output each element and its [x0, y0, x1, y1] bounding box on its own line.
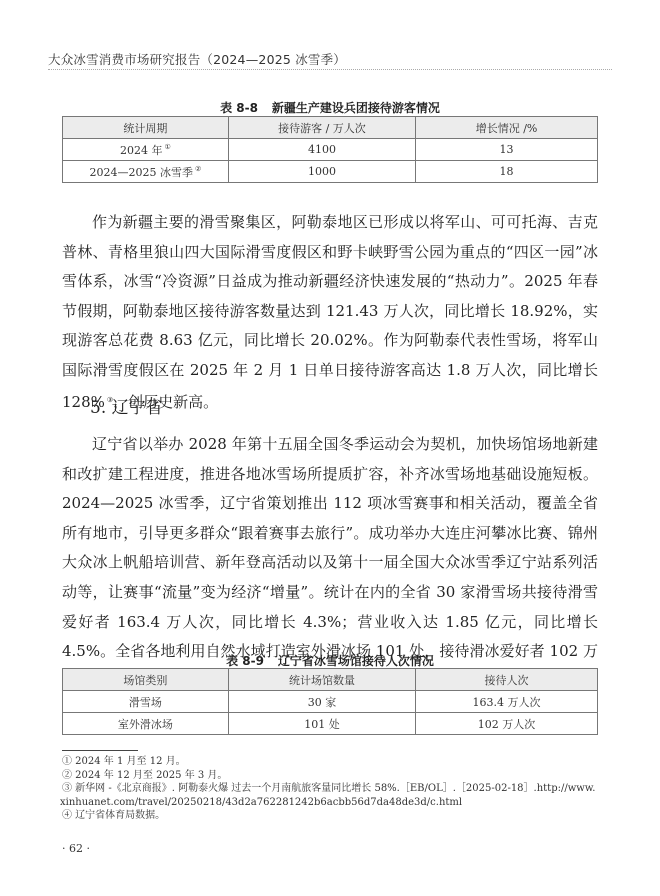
cell-growth: 18: [416, 161, 598, 183]
footnote-3-url[interactable]: xinhuanet.com/travel/20250218/43d2a76228…: [60, 796, 598, 810]
header-dotted-rule: [48, 69, 612, 70]
table-8-9: 场馆类别 统计场馆数量 接待人次 滑雪场 30 家 163.4 万人次 室外滑冰…: [62, 668, 598, 735]
cell-visitors: 1000: [228, 161, 415, 183]
table-8-8-number: 表 8-8: [220, 101, 258, 115]
table-row: 2024 年① 4100 13: [63, 139, 598, 161]
footnote-2: ② 2024 年 12 月至 2025 年 3 月。: [62, 769, 598, 783]
cell-period: 2024—2025 冰雪季②: [63, 161, 229, 183]
column-header-visits: 接待人次: [416, 669, 598, 691]
column-header-period: 统计周期: [63, 117, 229, 139]
table-8-8-caption: 表 8-8新疆生产建设兵团接待游客情况: [0, 99, 660, 116]
table-8-8-title: 新疆生产建设兵团接待游客情况: [272, 101, 440, 115]
cell-period: 2024 年①: [63, 139, 229, 161]
footnote-4: ④ 辽宁省体育局数据。: [62, 809, 598, 823]
cell-visits: 163.4 万人次: [416, 691, 598, 713]
cell-growth: 13: [416, 139, 598, 161]
cell-count: 101 处: [228, 713, 415, 735]
cell-category: 室外滑冰场: [63, 713, 229, 735]
table-row: 2024—2025 冰雪季② 1000 18: [63, 161, 598, 183]
table-8-9-number: 表 8-9: [226, 654, 264, 668]
running-header-title: 大众冰雪消费市场研究报告（2024—2025 冰雪季）: [48, 50, 464, 68]
section-heading-liaoning: 5. 辽宁省: [90, 393, 163, 418]
cell-count: 30 家: [228, 691, 415, 713]
footnote-ref[interactable]: ①: [165, 143, 171, 151]
column-header-count: 统计场馆数量: [228, 669, 415, 691]
table-8-8: 统计周期 接待游客 / 万人次 增长情况 /% 2024 年① 4100 13 …: [62, 116, 598, 183]
table-row: 室外滑冰场 101 处 102 万人次: [63, 713, 598, 735]
table-header-row: 统计周期 接待游客 / 万人次 增长情况 /%: [63, 117, 598, 139]
column-header-category: 场馆类别: [63, 669, 229, 691]
table-row: 滑雪场 30 家 163.4 万人次: [63, 691, 598, 713]
table-header-row: 场馆类别 统计场馆数量 接待人次: [63, 669, 598, 691]
cell-visitors: 4100: [228, 139, 415, 161]
footnote-separator: [62, 750, 138, 751]
footnote-1: ① 2024 年 1 月至 12 月。: [62, 755, 598, 769]
cell-visits: 102 万人次: [416, 713, 598, 735]
page-number: · 62 ·: [62, 842, 90, 855]
column-header-growth: 增长情况 /%: [416, 117, 598, 139]
column-header-visitors: 接待游客 / 万人次: [228, 117, 415, 139]
footnote-ref[interactable]: ②: [195, 165, 201, 173]
footnotes: ① 2024 年 1 月至 12 月。 ② 2024 年 12 月至 2025 …: [62, 755, 598, 823]
table-8-9-title: 辽宁省冰雪场馆接待人次情况: [278, 654, 434, 668]
paragraph-xinjiang-altay: 作为新疆主要的滑雪聚集区，阿勒泰地区已形成以将军山、可可托海、吉克普林、青格里狼…: [62, 208, 598, 417]
footnote-3: ③ 新华网 -《北京商报》. 阿勒泰火爆 过去一个月南航旅客量同比增长 58%.…: [62, 782, 598, 796]
table-8-9-caption: 表 8-9辽宁省冰雪场馆接待人次情况: [0, 652, 660, 669]
cell-category: 滑雪场: [63, 691, 229, 713]
